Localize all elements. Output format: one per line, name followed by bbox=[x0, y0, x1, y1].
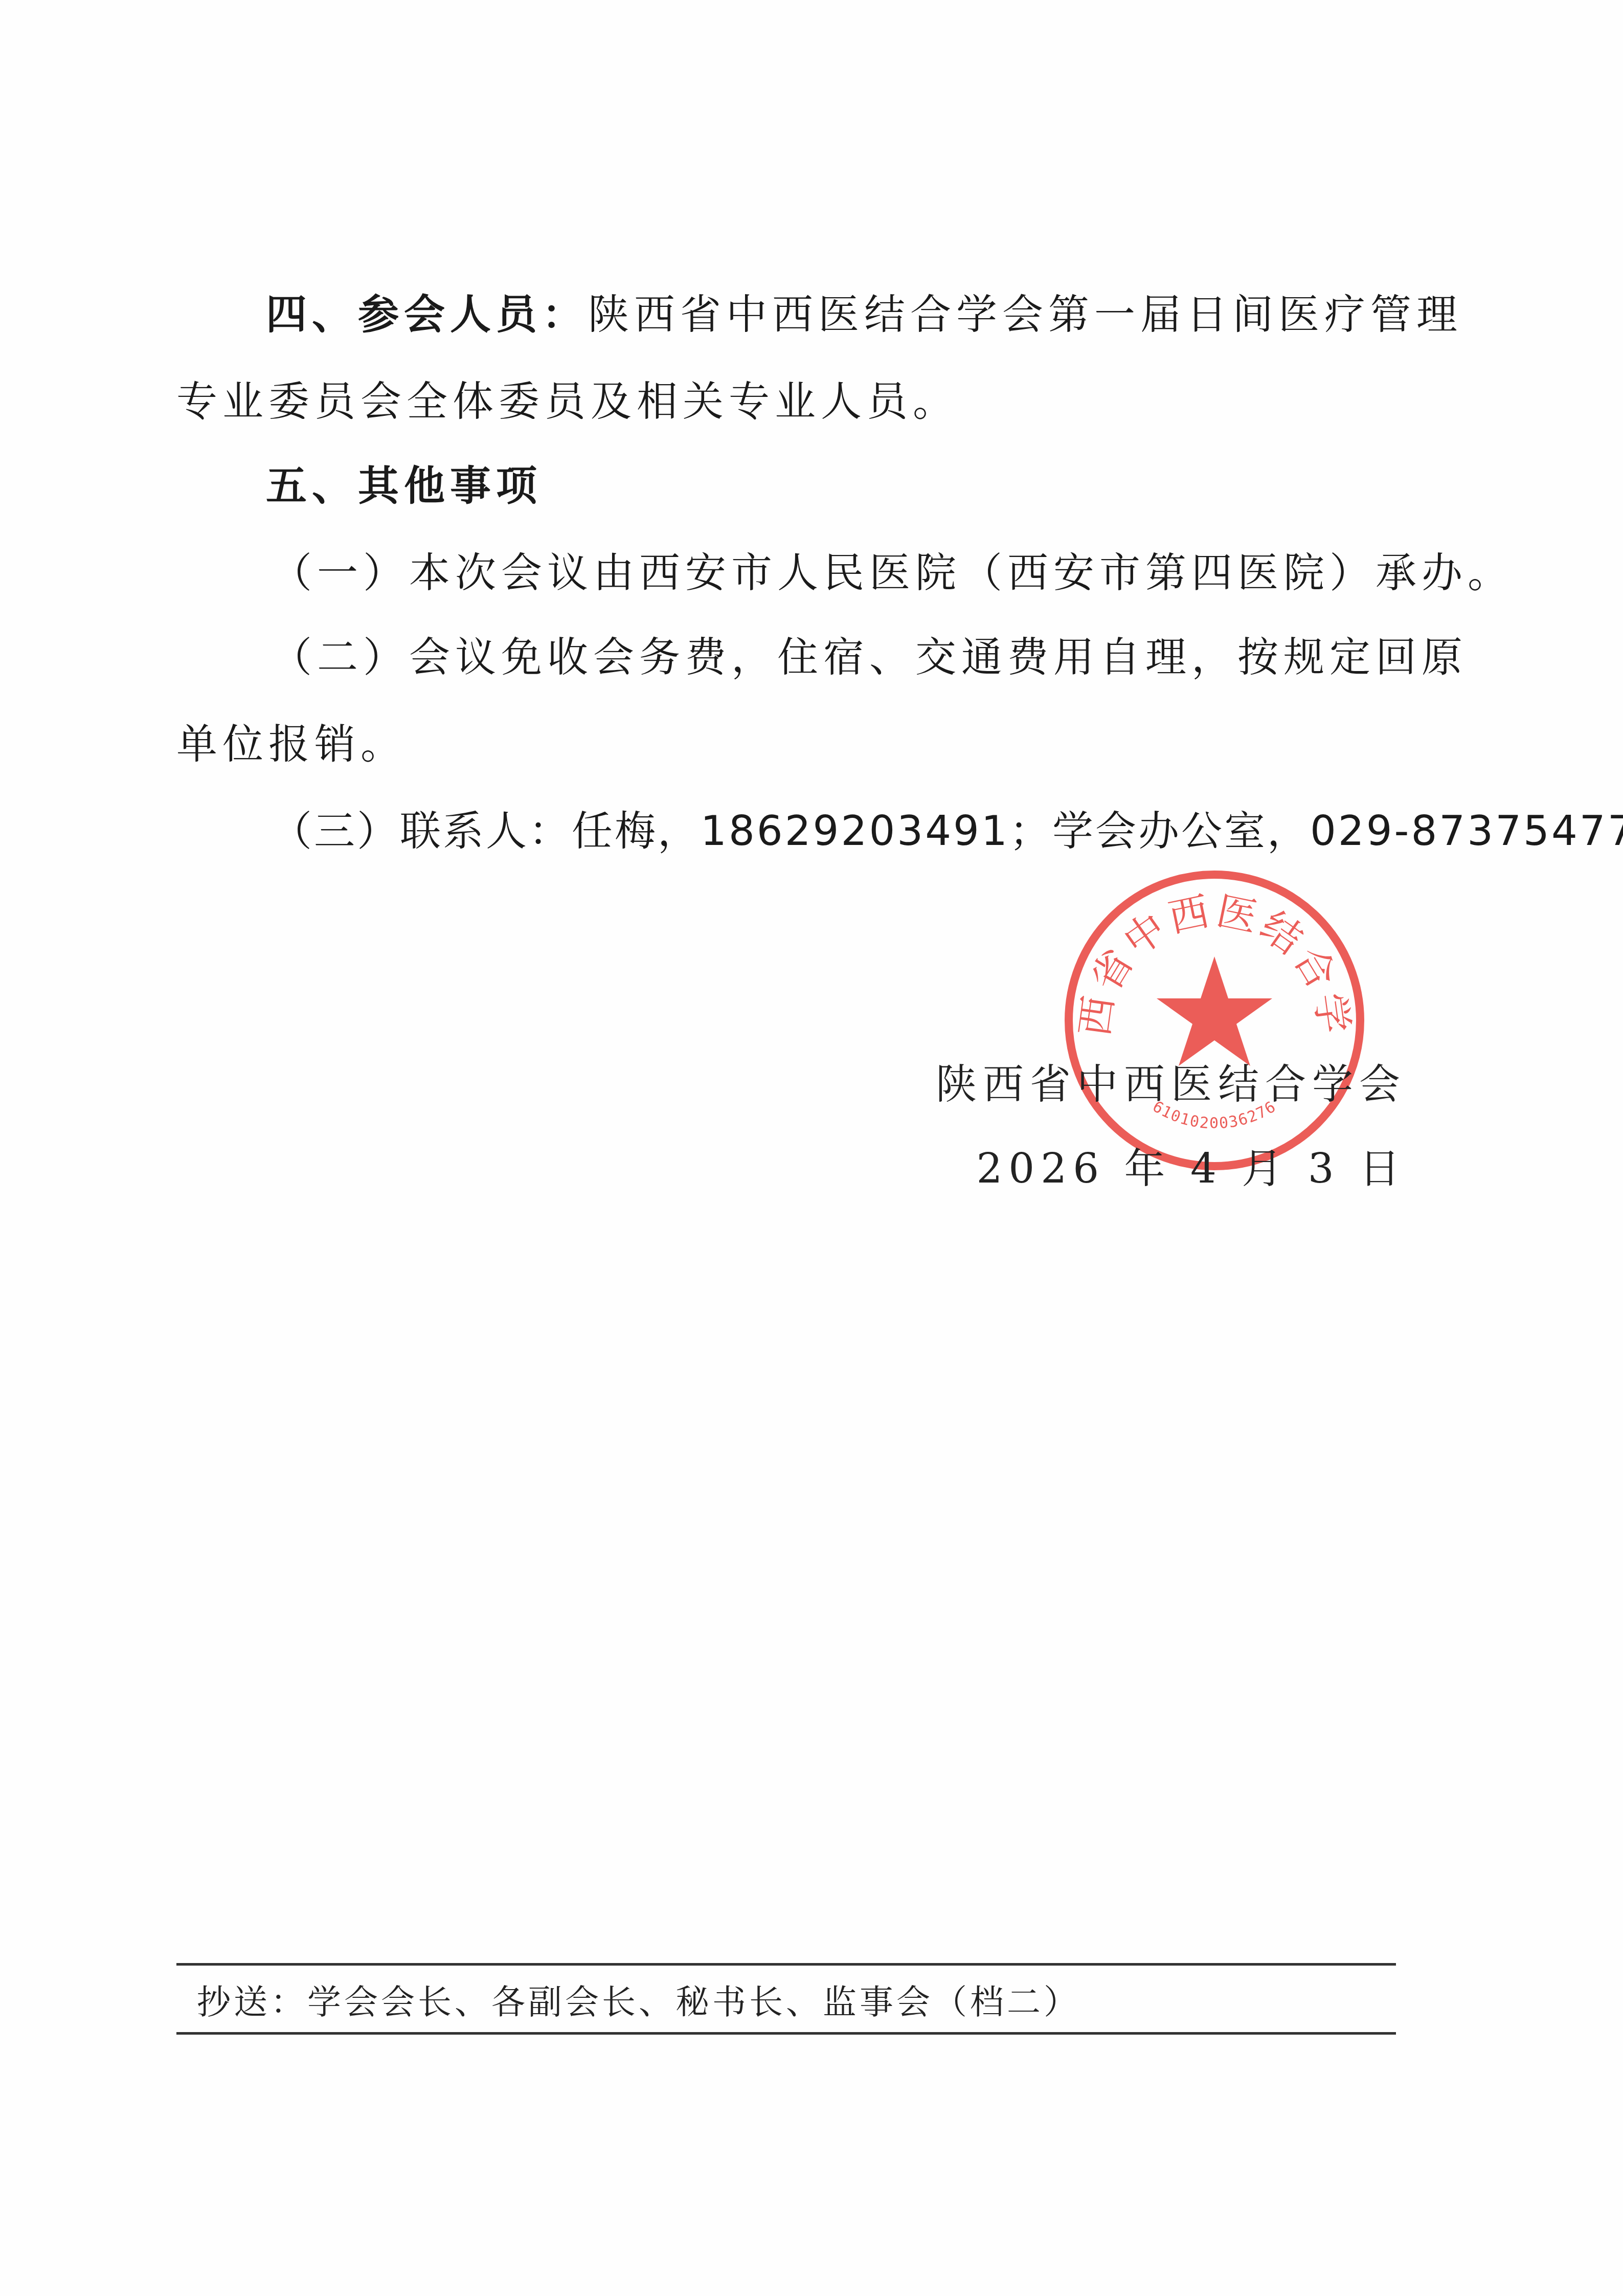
document-page: 四、参会人员：陕西省中西医结合学会第一届日间医疗管理 专业委员会全体委员及相关专… bbox=[0, 0, 1623, 2296]
cc-line: 抄送：学会会长、各副会长、秘书长、监事会（档二） bbox=[197, 1979, 1080, 2025]
item-1: （一）本次会议由西安市人民医院（西安市第四医院）承办。 bbox=[271, 547, 1514, 598]
section-4-text: 陕西省中西医结合学会第一届日间医疗管理 bbox=[588, 291, 1462, 338]
section-4-line-2: 专业委员会全体委员及相关专业人员。 bbox=[176, 376, 959, 427]
section-5-heading: 五、其他事项 bbox=[266, 460, 542, 511]
section-4-line-1: 四、参会人员：陕西省中西医结合学会第一届日间医疗管理 bbox=[266, 289, 1462, 340]
signature-organization: 陕西省中西医结合学会 bbox=[936, 1059, 1406, 1110]
section-4-heading: 四、参会人员： bbox=[266, 291, 588, 338]
signature-date: 2026 年 4 月 3 日 bbox=[976, 1143, 1406, 1194]
cc-top-rule bbox=[176, 1963, 1396, 1966]
item-2-line-1: （二）会议免收会务费，住宿、交通费用自理，按规定回原 bbox=[271, 632, 1468, 683]
cc-bottom-rule bbox=[176, 2032, 1396, 2035]
item-3-contact: （三）联系人：任梅，18629203491；学会办公室，029-87375477… bbox=[271, 806, 1623, 857]
official-seal-stamp: 陕西省中西医结合学会 6101020036276 bbox=[1058, 864, 1370, 1176]
star-icon bbox=[1157, 956, 1272, 1066]
item-2-line-2: 单位报销。 bbox=[176, 719, 407, 770]
